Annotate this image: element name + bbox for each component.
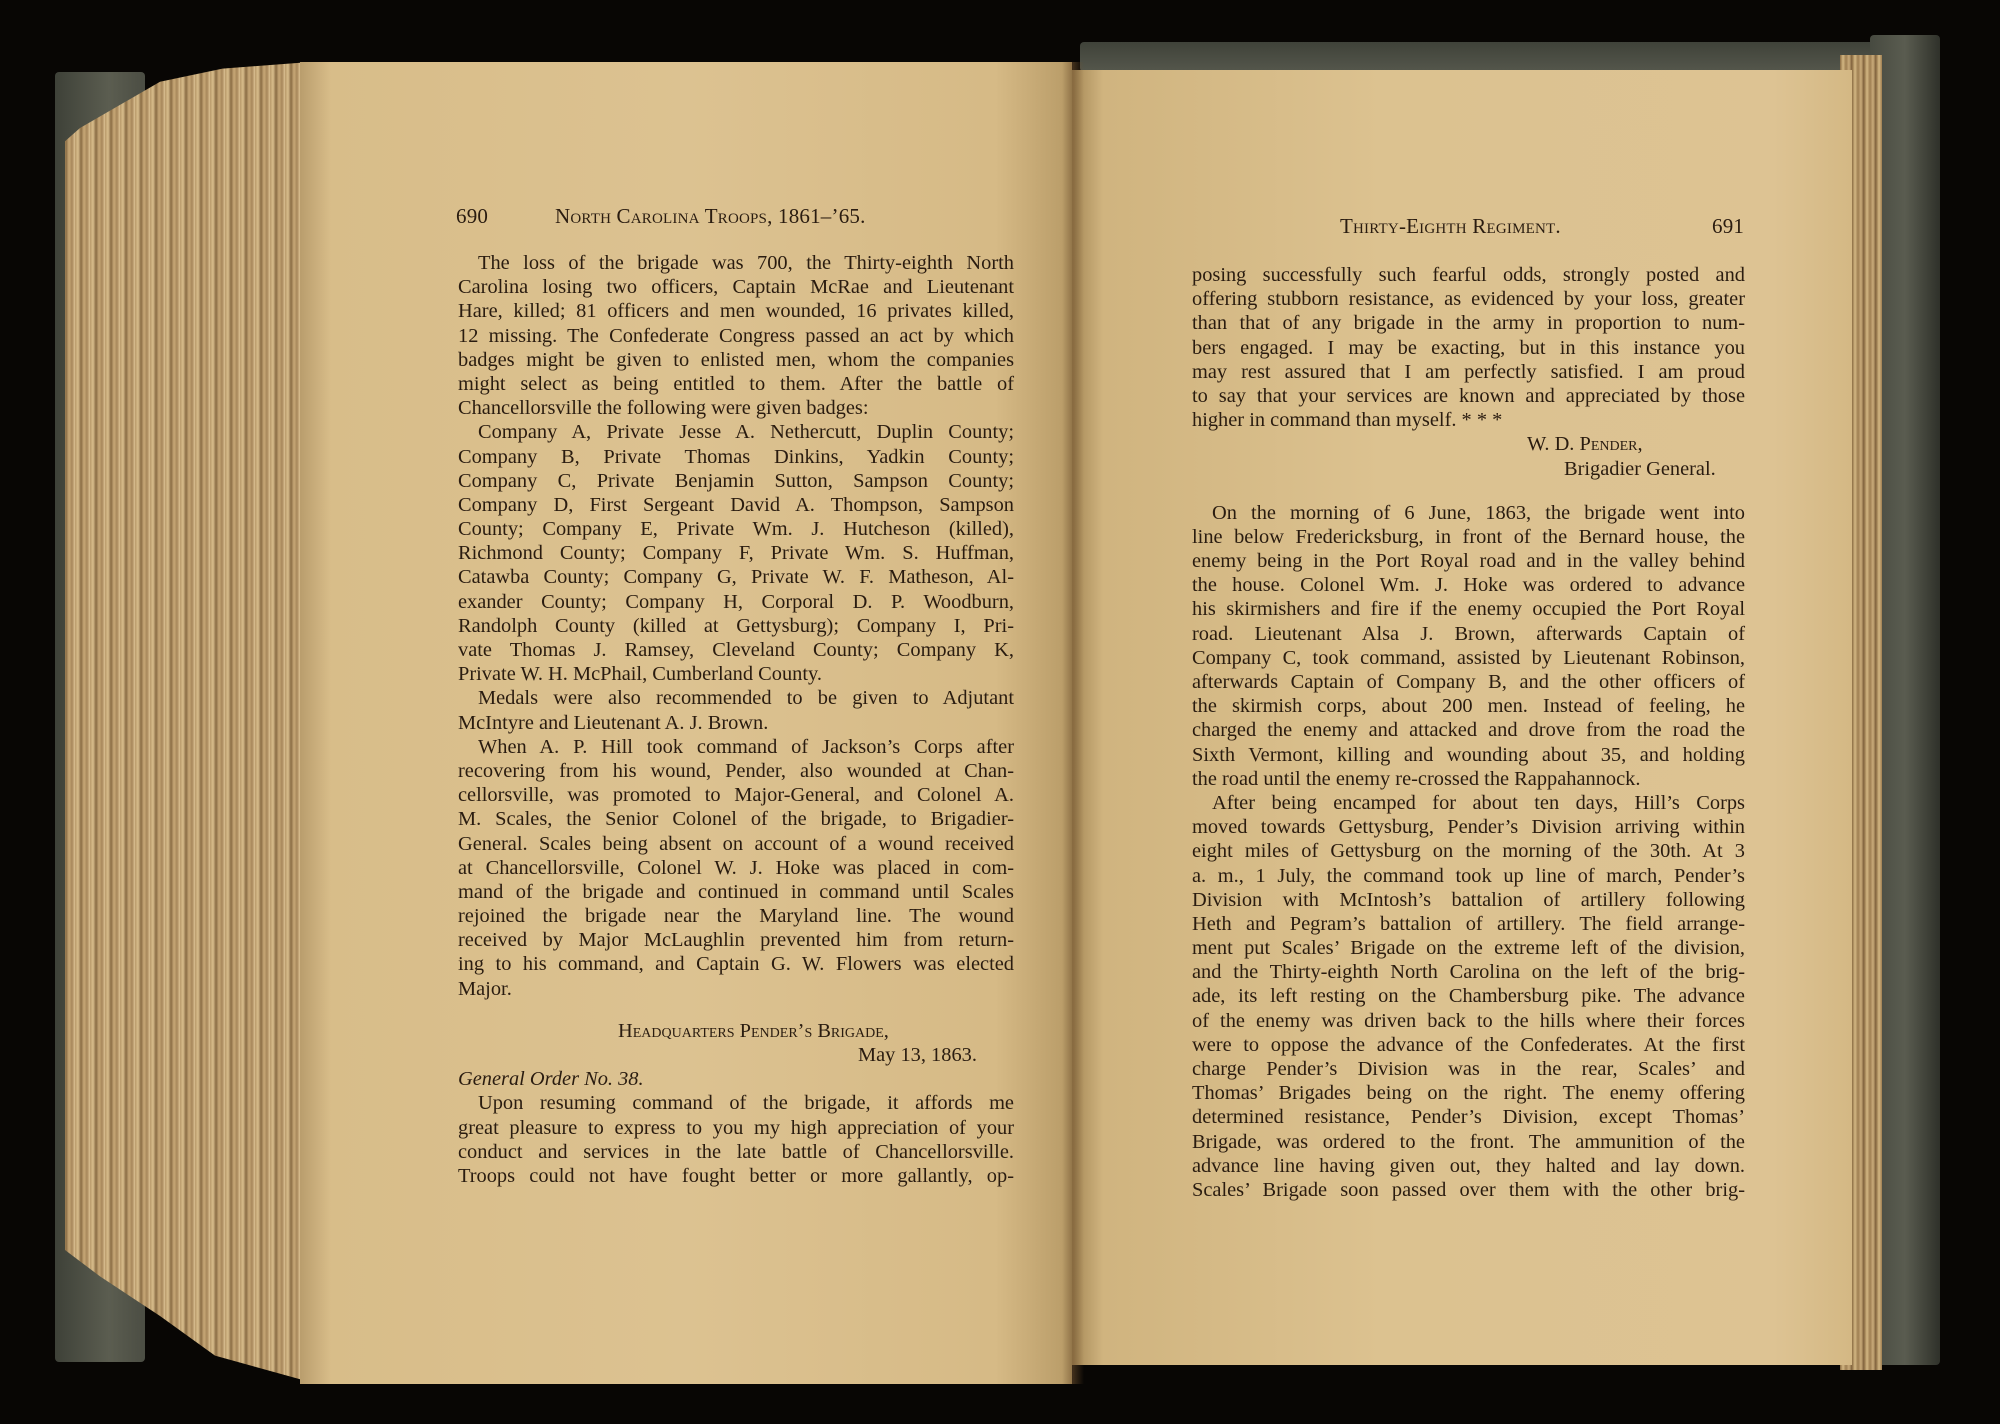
text-line: bers engaged. I may be exacting, but in … xyxy=(1192,336,1745,360)
text-line: a. m., 1 July, the command took up line … xyxy=(1192,864,1745,888)
left-text-block: The loss of the brigade was 700, the Thi… xyxy=(458,251,1014,1188)
text-line: the road until the enemy re-crossed the … xyxy=(1192,767,1745,791)
text-line: Medals were also recommended to be given… xyxy=(458,686,1014,710)
left-running-title: North Carolina Troops, 1861–’65. xyxy=(555,204,866,229)
text-line: When A. P. Hill took command of Jackson’… xyxy=(458,735,1014,759)
text-line: Scales’ Brigade soon passed over them wi… xyxy=(1192,1178,1745,1202)
text-line: were to oppose the advance of the Confed… xyxy=(1192,1033,1745,1057)
right-running-title: Thirty-Eighth Regiment. xyxy=(1340,214,1561,239)
text-line: received by Major McLaughlin prevented h… xyxy=(458,928,1014,952)
right-page-number: 691 xyxy=(1712,214,1744,239)
text-line: charged the enemy and attacked and drove… xyxy=(1192,718,1745,742)
text-line: road. Lieutenant Alsa J. Brown, afterwar… xyxy=(1192,622,1745,646)
text-line: 12 missing. The Confederate Congress pas… xyxy=(458,324,1014,348)
text-line: On the morning of 6 June, 1863, the brig… xyxy=(1192,501,1745,525)
book-gutter xyxy=(1062,62,1084,1384)
text-line: might select as being entitled to them. … xyxy=(458,372,1014,396)
text-line: of the enemy was driven back to the hill… xyxy=(1192,1009,1745,1033)
text-line: charge Pender’s Division was in the rear… xyxy=(1192,1057,1745,1081)
text-line: to say that your services are known and … xyxy=(1192,384,1745,408)
text-line: enemy being in the Port Royal road and i… xyxy=(1192,549,1745,573)
text-line: exander County; Company H, Corporal D. P… xyxy=(458,590,1014,614)
text-line: ment put Scales’ Brigade on the extreme … xyxy=(1192,936,1745,960)
signature-title: Brigadier General. xyxy=(1192,457,1745,481)
text-line: Heth and Pegram’s battalion of artillery… xyxy=(1192,912,1745,936)
text-line: the skirmish corps, about 200 men. Inste… xyxy=(1192,694,1745,718)
text-line: Randolph County (killed at Gettysburg); … xyxy=(458,614,1014,638)
text-line: his skirmishers and fire if the enemy oc… xyxy=(1192,597,1745,621)
letter-date: May 13, 1863. xyxy=(458,1043,1014,1067)
text-line: cellorsville, was promoted to Major-Gene… xyxy=(458,783,1014,807)
text-line: moved towards Gettysburg, Pender’s Divis… xyxy=(1192,815,1745,839)
text-line: Carolina losing two officers, Captain Mc… xyxy=(458,275,1014,299)
text-line: Company D, First Sergeant David A. Thomp… xyxy=(458,493,1014,517)
text-line: After being encamped for about ten days,… xyxy=(1192,791,1745,815)
text-line: advance line having given out, they halt… xyxy=(1192,1154,1745,1178)
text-line: Upon resuming command of the brigade, it… xyxy=(458,1091,1014,1115)
text-line: Private W. H. McPhail, Cumberland County… xyxy=(458,662,1014,686)
signature-name: W. D. Pender, xyxy=(1192,432,1745,456)
text-line: may rest assured that I am perfectly sat… xyxy=(1192,360,1745,384)
text-line: eight miles of Gettysburg on the morning… xyxy=(1192,839,1745,863)
text-line: Chancellorsville the following were give… xyxy=(458,396,1014,420)
text-line: vate Thomas J. Ramsey, Cleveland County;… xyxy=(458,638,1014,662)
left-page-number: 690 xyxy=(456,204,488,229)
text-line: The loss of the brigade was 700, the Thi… xyxy=(458,251,1014,275)
text-line: rejoined the brigade near the Maryland l… xyxy=(458,904,1014,928)
text-line: Richmond County; Company F, Private Wm. … xyxy=(458,541,1014,565)
text-line: Sixth Vermont, killing and wounding abou… xyxy=(1192,743,1745,767)
letter-heading: Headquarters Pender’s Brigade, xyxy=(458,1019,1014,1043)
text-line: offering stubborn resistance, as evidenc… xyxy=(1192,287,1745,311)
text-line: afterwards Captain of Company B, and the… xyxy=(1192,670,1745,694)
text-line: the house. Colonel Wm. J. Hoke was order… xyxy=(1192,573,1745,597)
text-line: higher in command than myself. * * * xyxy=(1192,408,1745,432)
text-line: Company A, Private Jesse A. Nethercutt, … xyxy=(458,420,1014,444)
text-line: badges might be given to enlisted men, w… xyxy=(458,348,1014,372)
text-line: Hare, killed; 81 officers and men wounde… xyxy=(458,299,1014,323)
text-line: conduct and services in the late battle … xyxy=(458,1140,1014,1164)
book-cover-top xyxy=(1080,42,1940,72)
text-line: Company B, Private Thomas Dinkins, Yadki… xyxy=(458,445,1014,469)
right-text-block: posing successfully such fearful odds, s… xyxy=(1192,263,1745,1202)
text-line: line below Fredericksburg, in front of t… xyxy=(1192,525,1745,549)
text-line: Major. xyxy=(458,977,1014,1001)
text-line: Brigade, was ordered to the front. The a… xyxy=(1192,1130,1745,1154)
text-line: posing successfully such fearful odds, s… xyxy=(1192,263,1745,287)
text-line: Troops could not have fought better or m… xyxy=(458,1164,1014,1188)
text-line: at Chancellorsville, Colonel W. J. Hoke … xyxy=(458,856,1014,880)
text-line: M. Scales, the Senior Colonel of the bri… xyxy=(458,807,1014,831)
text-line: and the Thirty-eighth North Carolina on … xyxy=(1192,960,1745,984)
text-line: ing to his command, and Captain G. W. Fl… xyxy=(458,952,1014,976)
text-line: determined resistance, Pender’s Division… xyxy=(1192,1105,1745,1129)
text-line: than that of any brigade in the army in … xyxy=(1192,311,1745,335)
text-line: Company C, Private Benjamin Sutton, Samp… xyxy=(458,469,1014,493)
text-line: ade, its left resting on the Chambersbur… xyxy=(1192,984,1745,1008)
text-line: Company C, took command, assisted by Lie… xyxy=(1192,646,1745,670)
page-edges-left xyxy=(60,62,310,1382)
text-line: Catawba County; Company G, Private W. F.… xyxy=(458,565,1014,589)
order-title: General Order No. 38. xyxy=(458,1067,1014,1091)
spacer xyxy=(458,1001,1014,1019)
text-line: McIntyre and Lieutenant A. J. Brown. xyxy=(458,711,1014,735)
text-line: mand of the brigade and continued in com… xyxy=(458,880,1014,904)
text-line: recovering from his wound, Pender, also … xyxy=(458,759,1014,783)
text-line: Division with McIntosh’s battalion of ar… xyxy=(1192,888,1745,912)
spacer xyxy=(1192,481,1745,501)
text-line: Thomas’ Brigades being on the right. The… xyxy=(1192,1081,1745,1105)
text-line: great pleasure to express to you my high… xyxy=(458,1116,1014,1140)
text-line: General. Scales being absent on account … xyxy=(458,832,1014,856)
text-line: County; Company E, Private Wm. J. Hutche… xyxy=(458,517,1014,541)
